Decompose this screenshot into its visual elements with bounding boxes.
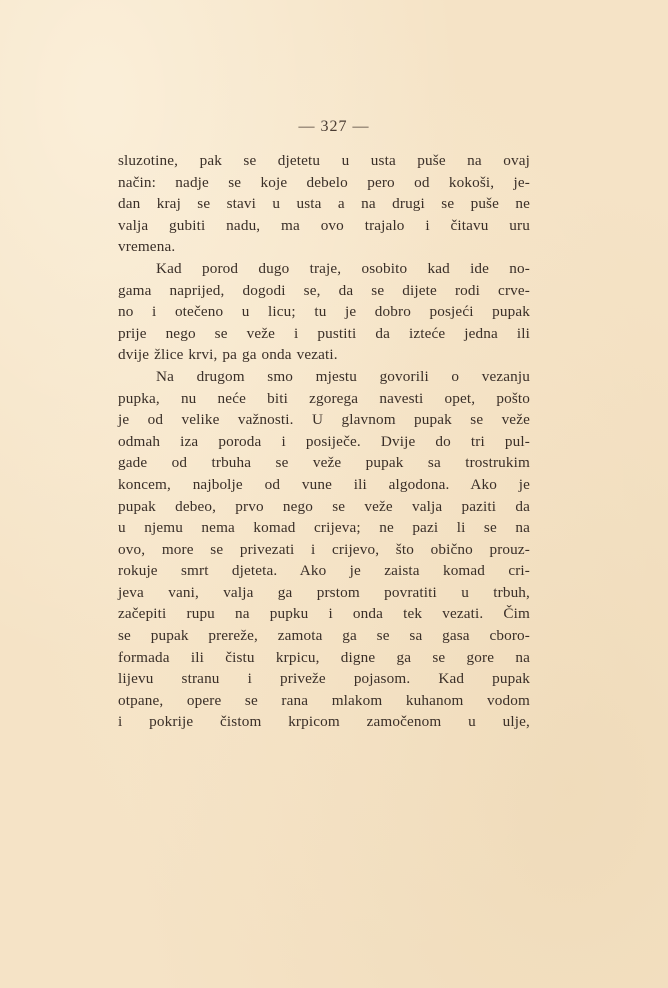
text-line: no i otečeno u licu; tu je dobro posjeći…: [118, 301, 530, 323]
text-line: formada ili čistu krpicu, digne ga se go…: [118, 647, 530, 669]
text-line: ovo, more se privezati i crijevo, što ob…: [118, 539, 530, 561]
paragraph-1: sluzotine, pak se djetetu u usta puše na…: [118, 150, 530, 258]
text-line: dvije žlice krvi, pa ga onda vezati.: [118, 344, 530, 366]
paragraph-3: Na drugom smo mjestu govorili o vezanju …: [118, 366, 530, 733]
paragraph-2: Kad porod dugo traje, osobito kad ide no…: [118, 258, 530, 366]
text-line: odmah iza poroda i posiječe. Dvije do tr…: [118, 431, 530, 453]
text-line: začepiti rupu na pupku i onda tek vezati…: [118, 603, 530, 625]
text-line: i pokrije čistom krpicom zamočenom u ulj…: [118, 711, 530, 733]
page-number: — 327 —: [0, 118, 668, 136]
body-text: sluzotine, pak se djetetu u usta puše na…: [118, 150, 530, 733]
text-line: pupak debeo, prvo nego se veže valja paz…: [118, 496, 530, 518]
text-line: je od velike važnosti. U glavnom pupak s…: [118, 409, 530, 431]
text-line: Na drugom smo mjestu govorili o vezanju: [118, 366, 530, 388]
text-line: jeva vani, valja ga prstom povratiti u t…: [118, 582, 530, 604]
text-line: otpane, opere se rana mlakom kuhanom vod…: [118, 690, 530, 712]
text-line: u njemu nema komad crijeva; ne pazi li s…: [118, 517, 530, 539]
text-line: koncem, najbolje od vune ili algodona. A…: [118, 474, 530, 496]
text-line: dan kraj se stavi u usta a na drugi se p…: [118, 193, 530, 215]
text-line: prije nego se veže i pustiti da izteće j…: [118, 323, 530, 345]
text-line: lijevu stranu i priveže pojasom. Kad pup…: [118, 668, 530, 690]
text-line: rokuje smrt djeteta. Ako je zaista komad…: [118, 560, 530, 582]
text-line: pupka, nu neće biti zgorega navesti opet…: [118, 388, 530, 410]
text-line: sluzotine, pak se djetetu u usta puše na…: [118, 150, 530, 172]
book-page: — 327 — sluzotine, pak se djetetu u usta…: [0, 0, 668, 988]
text-line: valja gubiti nadu, ma ovo trajalo i čita…: [118, 215, 530, 237]
text-line: način: nadje se koje debelo pero od koko…: [118, 172, 530, 194]
text-line: gade od trbuha se veže pupak sa trostruk…: [118, 452, 530, 474]
text-line: se pupak prereže, zamota ga se sa gasa c…: [118, 625, 530, 647]
text-line: Kad porod dugo traje, osobito kad ide no…: [118, 258, 530, 280]
text-line: gama naprijed, dogodi se, da se dijete r…: [118, 280, 530, 302]
text-line: vremena.: [118, 236, 530, 258]
